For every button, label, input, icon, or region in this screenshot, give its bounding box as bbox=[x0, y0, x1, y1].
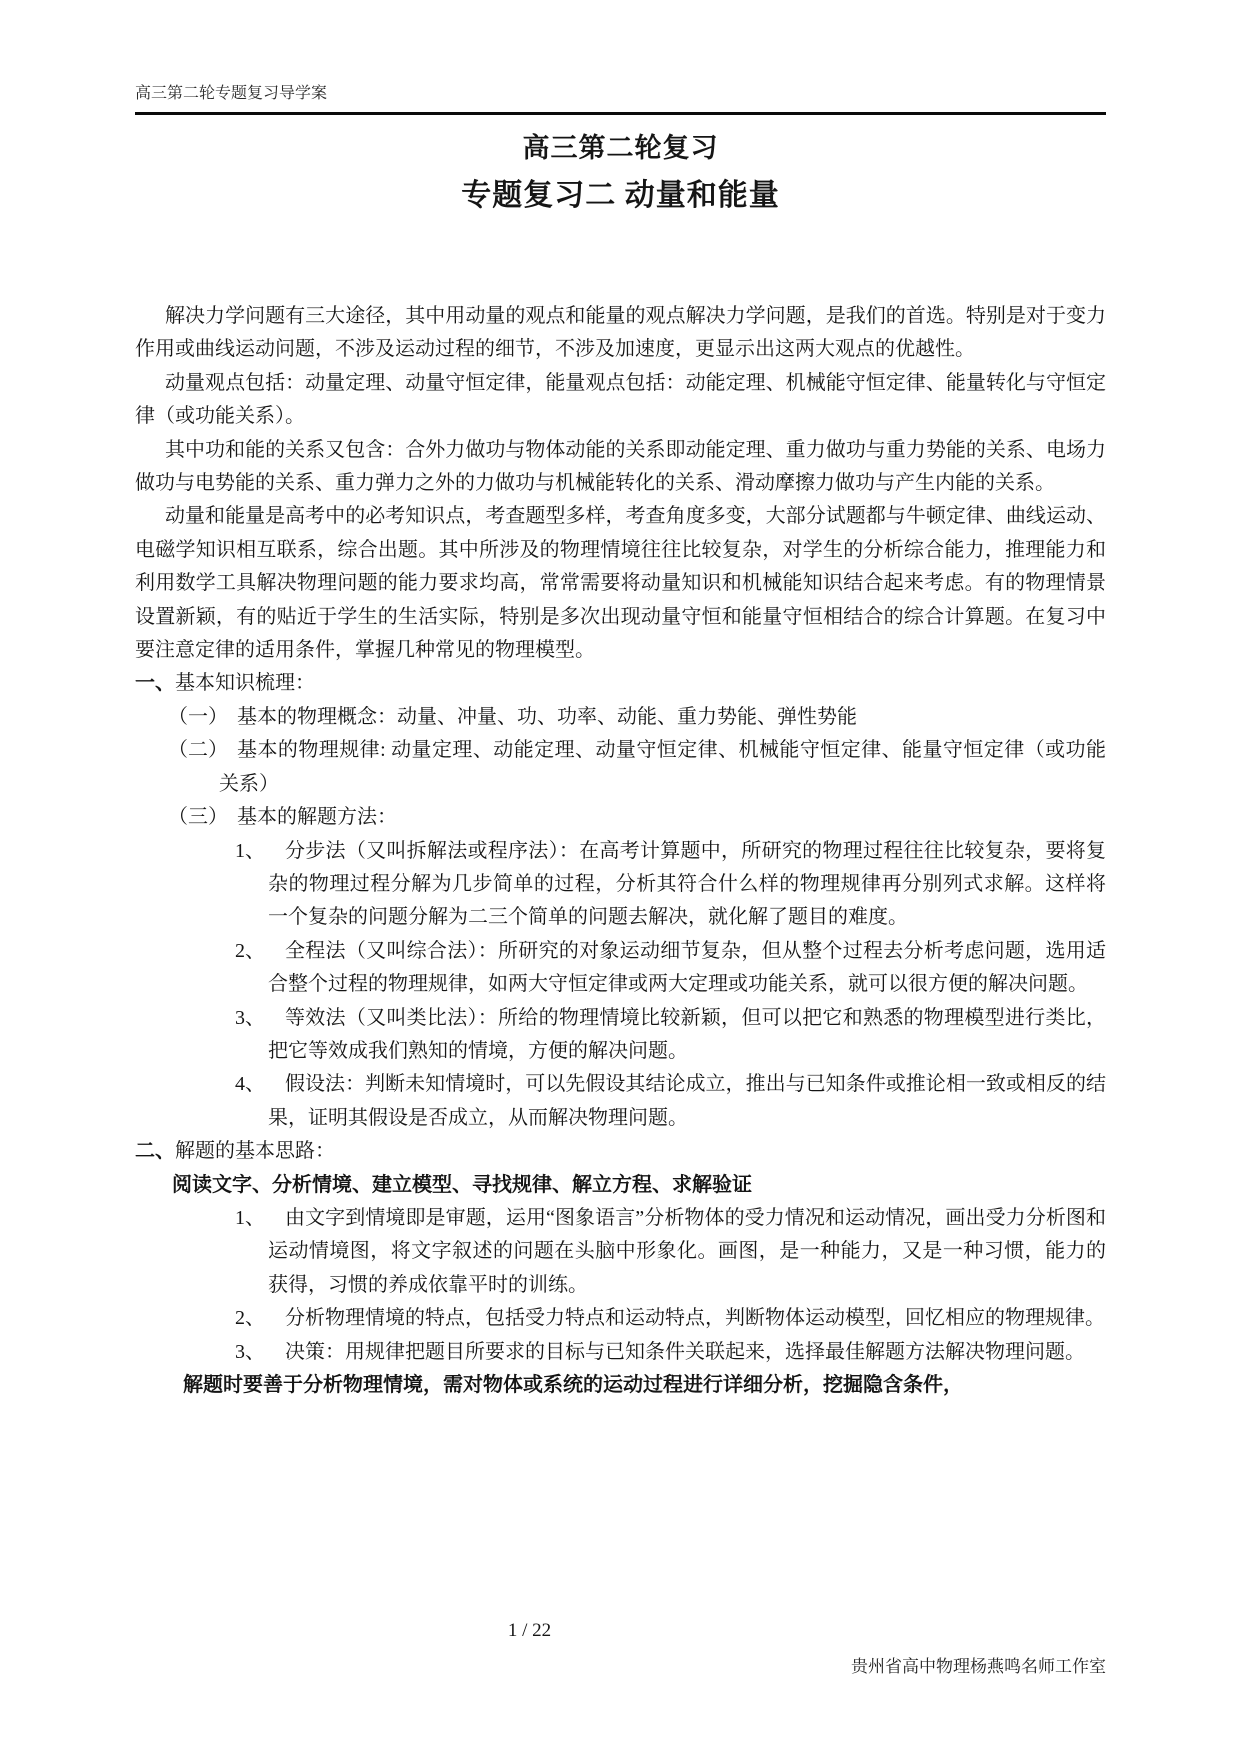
list-item: 2、 全程法（又叫综合法）：所研究的对象运动细节复杂，但从整个过程去分析考虑问题… bbox=[135, 935, 1106, 1002]
section-2-heading: 二、解题的基本思路： bbox=[135, 1135, 1106, 1168]
list-item: （三） 基本的解题方法： bbox=[135, 801, 1106, 834]
list-item-marker: 4、 bbox=[235, 1068, 265, 1101]
page-title: 高三第二轮复习 bbox=[135, 126, 1106, 165]
header-doc-label: 高三第二轮专题复习导学案 bbox=[135, 85, 327, 102]
section-1-heading-text: 基本知识梳理： bbox=[175, 672, 315, 694]
list-item-text: 基本的物理规律: 动量定理、动能定理、动量守恒定律、机械能守恒定律、能量守恒定律… bbox=[219, 739, 1106, 794]
intro-paragraph-3: 其中功和能的关系又包含：合外力做功与物体动能的关系即动能定理、重力做功与重力势能… bbox=[135, 434, 1106, 501]
list-item: 3、 决策：用规律把题目所要求的目标与已知条件关联起来，选择最佳解题方法解决物理… bbox=[135, 1336, 1106, 1369]
list-item-text: 分析物理情境的特点，包括受力特点和运动特点，判断物体运动模型，回忆相应的物理规律… bbox=[285, 1307, 1105, 1329]
list-item-marker: （三） bbox=[168, 801, 228, 834]
section-2-marker: 二、 bbox=[135, 1140, 175, 1162]
section-2-heading-text: 解题的基本思路： bbox=[175, 1140, 335, 1162]
list-item-text: 由文字到情境即是审题，运用“图象语言”分析物体的受力情况和运动情况，画出受力分析… bbox=[268, 1207, 1106, 1296]
list-item: 1、 分步法（又叫拆解法或程序法）：在高考计算题中，所研究的物理过程往往比较复杂… bbox=[135, 835, 1106, 935]
list-item-marker: （一） bbox=[168, 701, 228, 734]
running-header: 高三第二轮专题复习导学案 bbox=[135, 80, 1106, 115]
footer-studio-label: 贵州省高中物理杨燕鸣名师工作室 bbox=[135, 1652, 1106, 1677]
list-item-text: 等效法（又叫类比法）：所给的物理情境比较新颖，但可以把它和熟悉的物理模型进行类比… bbox=[268, 1007, 1106, 1062]
intro-paragraph-1: 解决力学问题有三大途径，其中用动量的观点和能量的观点解决力学问题，是我们的首选。… bbox=[135, 300, 1106, 367]
list-item-text: 决策：用规律把题目所要求的目标与已知条件关联起来，选择最佳解题方法解决物理问题。 bbox=[285, 1341, 1085, 1363]
section-1-heading: 一、基本知识梳理： bbox=[135, 667, 1106, 700]
intro-paragraph-2: 动量观点包括：动量定理、动量守恒定律，能量观点包括：动能定理、机械能守恒定律、能… bbox=[135, 367, 1106, 434]
list-item-text: 基本的物理概念：动量、冲量、功、功率、动能、重力势能、弹性势能 bbox=[237, 706, 857, 728]
list-item-text: 全程法（又叫综合法）：所研究的对象运动细节复杂，但从整个过程去分析考虑问题，选用… bbox=[268, 940, 1106, 995]
section-1-marker: 一、 bbox=[135, 672, 175, 694]
intro-paragraph-4: 动量和能量是高考中的必考知识点，考查题型多样，考查角度多变，大部分试题都与牛顿定… bbox=[135, 500, 1106, 667]
document-body: 解决力学问题有三大途径，其中用动量的观点和能量的观点解决力学问题，是我们的首选。… bbox=[135, 300, 1106, 1402]
list-item: （一） 基本的物理概念：动量、冲量、功、功率、动能、重力势能、弹性势能 bbox=[135, 701, 1106, 734]
document-page: 高三第二轮专题复习导学案 高三第二轮复习 专题复习二 动量和能量 解决力学问题有… bbox=[0, 0, 1241, 1755]
page-subtitle: 专题复习二 动量和能量 bbox=[135, 170, 1106, 214]
list-item-marker: 2、 bbox=[235, 935, 265, 968]
list-item: 4、 假设法：判断未知情境时，可以先假设其结论成立，推出与已知条件或推论相一致或… bbox=[135, 1068, 1106, 1135]
list-item-text: 分步法（又叫拆解法或程序法）：在高考计算题中，所研究的物理过程往往比较复杂，要将… bbox=[268, 840, 1106, 929]
list-item-marker: 1、 bbox=[235, 1202, 265, 1235]
list-item: （二） 基本的物理规律: 动量定理、动能定理、动量守恒定律、机械能守恒定律、能量… bbox=[135, 734, 1106, 801]
list-item-marker: 3、 bbox=[235, 1002, 265, 1035]
list-item-marker: （二） bbox=[168, 734, 228, 767]
list-item-marker: 3、 bbox=[235, 1336, 265, 1369]
list-item-marker: 1、 bbox=[235, 835, 265, 868]
list-item-text: 假设法：判断未知情境时，可以先假设其结论成立，推出与已知条件或推论相一致或相反的… bbox=[268, 1073, 1106, 1128]
list-item: 1、 由文字到情境即是审题，运用“图象语言”分析物体的受力情况和运动情况，画出受… bbox=[135, 1202, 1106, 1302]
page-number: 1 / 22 bbox=[135, 1620, 1106, 1642]
list-item-text: 基本的解题方法： bbox=[237, 806, 397, 828]
list-item: 3、 等效法（又叫类比法）：所给的物理情境比较新颖，但可以把它和熟悉的物理模型进… bbox=[135, 1002, 1106, 1069]
reading-strategy-line: 阅读文字、分析情境、建立模型、寻找规律、解立方程、求解验证 bbox=[172, 1169, 1106, 1202]
closing-emphasis-line: 解题时要善于分析物理情境，需对物体或系统的运动过程进行详细分析，挖掘隐含条件， bbox=[183, 1369, 1106, 1402]
list-item: 2、 分析物理情境的特点，包括受力特点和运动特点，判断物体运动模型，回忆相应的物… bbox=[135, 1302, 1106, 1335]
list-item-marker: 2、 bbox=[235, 1302, 265, 1335]
